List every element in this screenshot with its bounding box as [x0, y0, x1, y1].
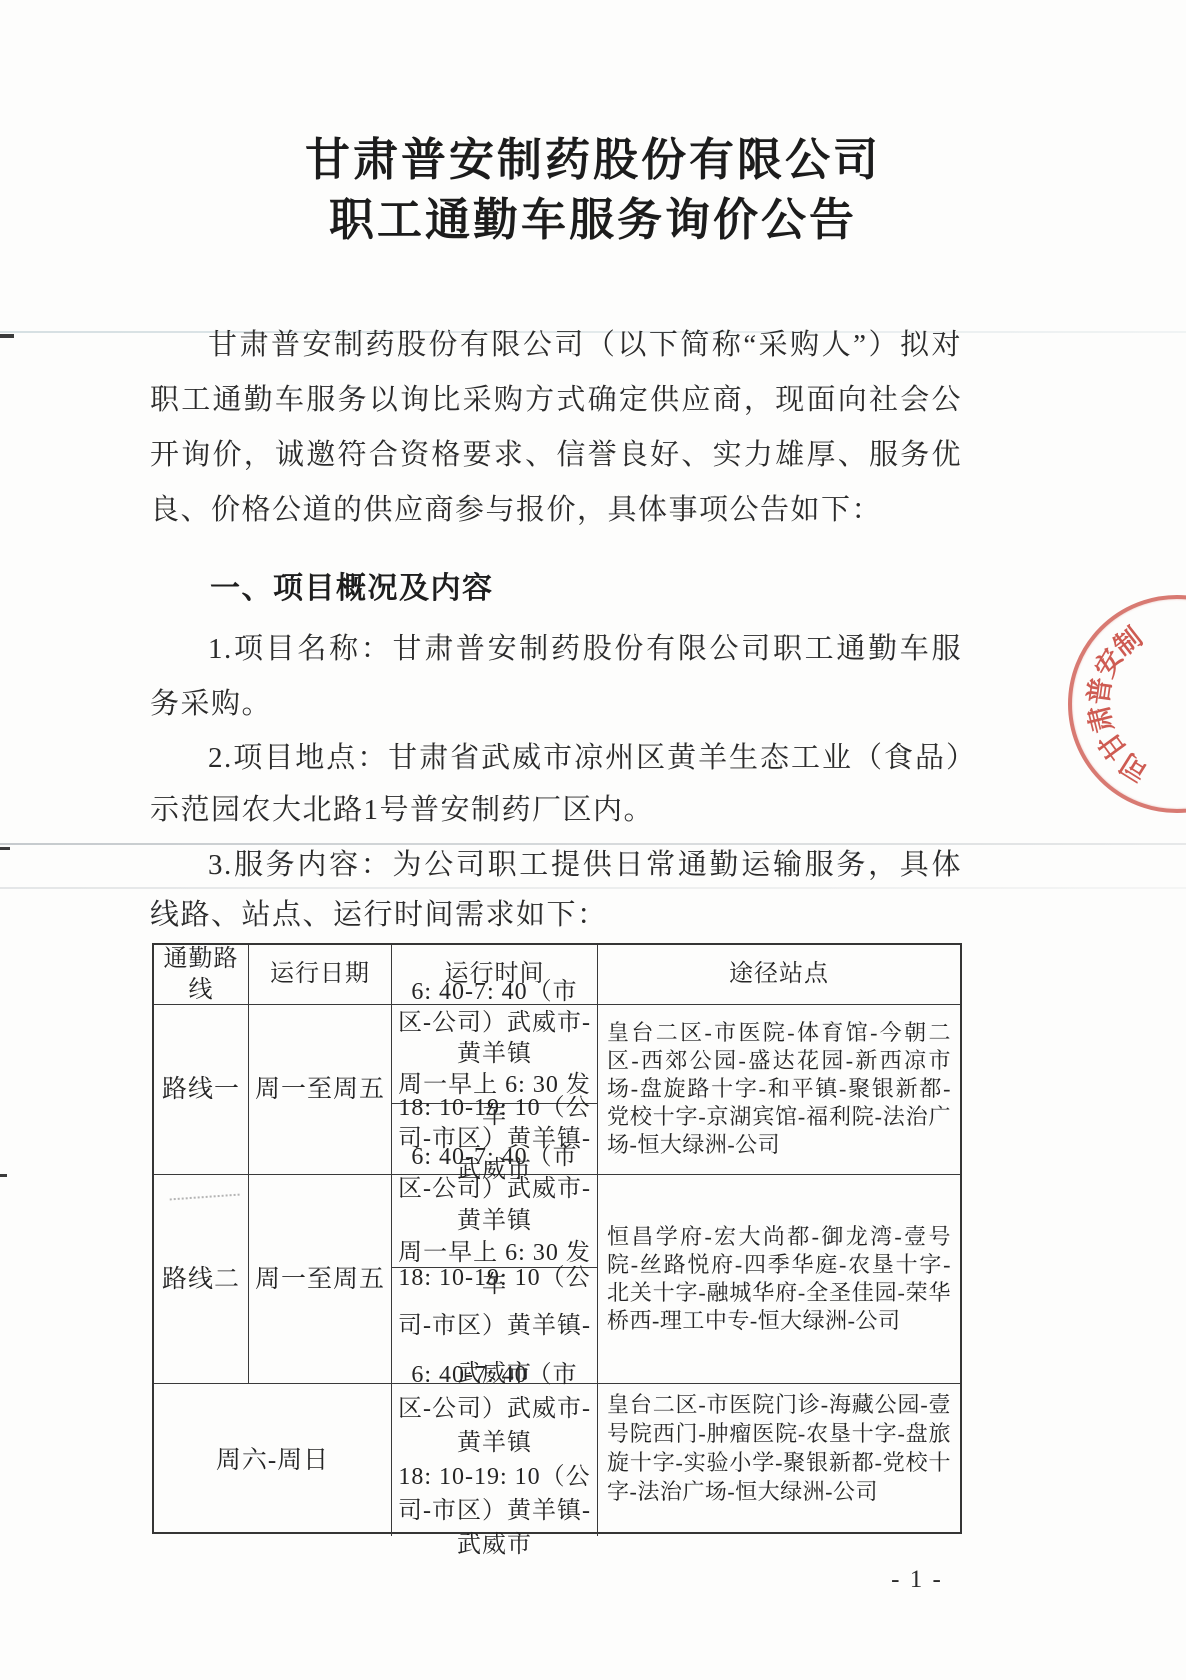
weekend-stops-cell: 皇台二区-市医院门诊-海藏公园-壹号院西门-肿瘤医院-农垦十字-盘旅旋十字-实验… — [598, 1384, 960, 1536]
stops-cell: 皇台二区-市医院-体育馆-今朝二区-西郊公园-盛达花园-新西凉市场-盘旋路十字-… — [598, 1005, 960, 1175]
doc-title-line2: 职工通勤车服务询价公告 — [0, 190, 1186, 250]
doc-title-line1: 甘肃普安制药股份有限公司 — [0, 130, 1186, 190]
col-header-stops: 途径站点 — [598, 945, 960, 1005]
time-morning-text: 6: 40-7: 40（市区-公司）武威市-黄羊镇 — [398, 1141, 591, 1237]
route-cell: 路线一 — [154, 1005, 249, 1175]
item-service-content: 3.服务内容：为公司职工提供日常通勤运输服务，具体线路、站点、运行时间需求如下： — [150, 840, 962, 940]
intro-paragraph: 甘肃普安制药股份有限公司（以下简称“采购人”）拟对职工通勤车服务以询比采购方式确… — [150, 318, 962, 538]
time-morning-cell: 6: 40-7: 40（市区-公司）武威市-黄羊镇 周一早上 6: 30 发车 — [392, 1005, 598, 1104]
time-evening-text: 18: 10-19: 10（公司-市区）黄羊镇-武威市 — [398, 1460, 591, 1562]
commute-schedule-table: 通勤路线 运行日期 运行时间 途径站点 路线一 周一至周五 6: 40-7: 4… — [152, 943, 962, 1534]
scan-speck — [0, 847, 10, 850]
col-header-route: 通勤路线 — [154, 945, 249, 1005]
days-cell: 周一至周五 — [249, 1175, 392, 1384]
scan-speck — [0, 334, 14, 338]
route-cell: 路线二 — [154, 1175, 249, 1384]
time-morning-text: 6: 40-7: 40（市区-公司）武威市-黄羊镇 — [398, 977, 591, 1070]
weekend-time-cell: 6: 40-7: 40（市区-公司）武威市-黄羊镇 18: 10-19: 10（… — [392, 1384, 598, 1536]
item-project-name: 1.项目名称：甘肃普安制药股份有限公司职工通勤车服务采购。 — [150, 622, 962, 732]
item-project-location: 2.项目地点：甘肃省武威市凉州区黄羊生态工业（食品）示范园农大北路1号普安制药厂… — [150, 732, 962, 836]
time-morning-text: 6: 40-7: 40（市区-公司）武威市-黄羊镇 — [398, 1358, 591, 1460]
scan-speck — [0, 1174, 7, 1177]
doc-title: 甘肃普安制药股份有限公司 职工通勤车服务询价公告 — [0, 130, 1186, 250]
col-header-days: 运行日期 — [249, 945, 392, 1005]
document-page: 甘肃普安制药股份有限公司 职工通勤车服务询价公告 甘肃普安制药股份有限公司（以下… — [0, 0, 1186, 1680]
section-heading: 一、项目概况及内容 — [150, 568, 962, 610]
weekend-days-cell: 周六-周日 — [154, 1384, 392, 1536]
days-cell: 周一至周五 — [249, 1005, 392, 1175]
page-number: - 1 - — [862, 1566, 972, 1594]
stops-cell: 恒昌学府-宏大尚都-御龙湾-壹号院-丝路悦府-四季华庭-农垦十字-北关十字-融城… — [598, 1175, 960, 1384]
